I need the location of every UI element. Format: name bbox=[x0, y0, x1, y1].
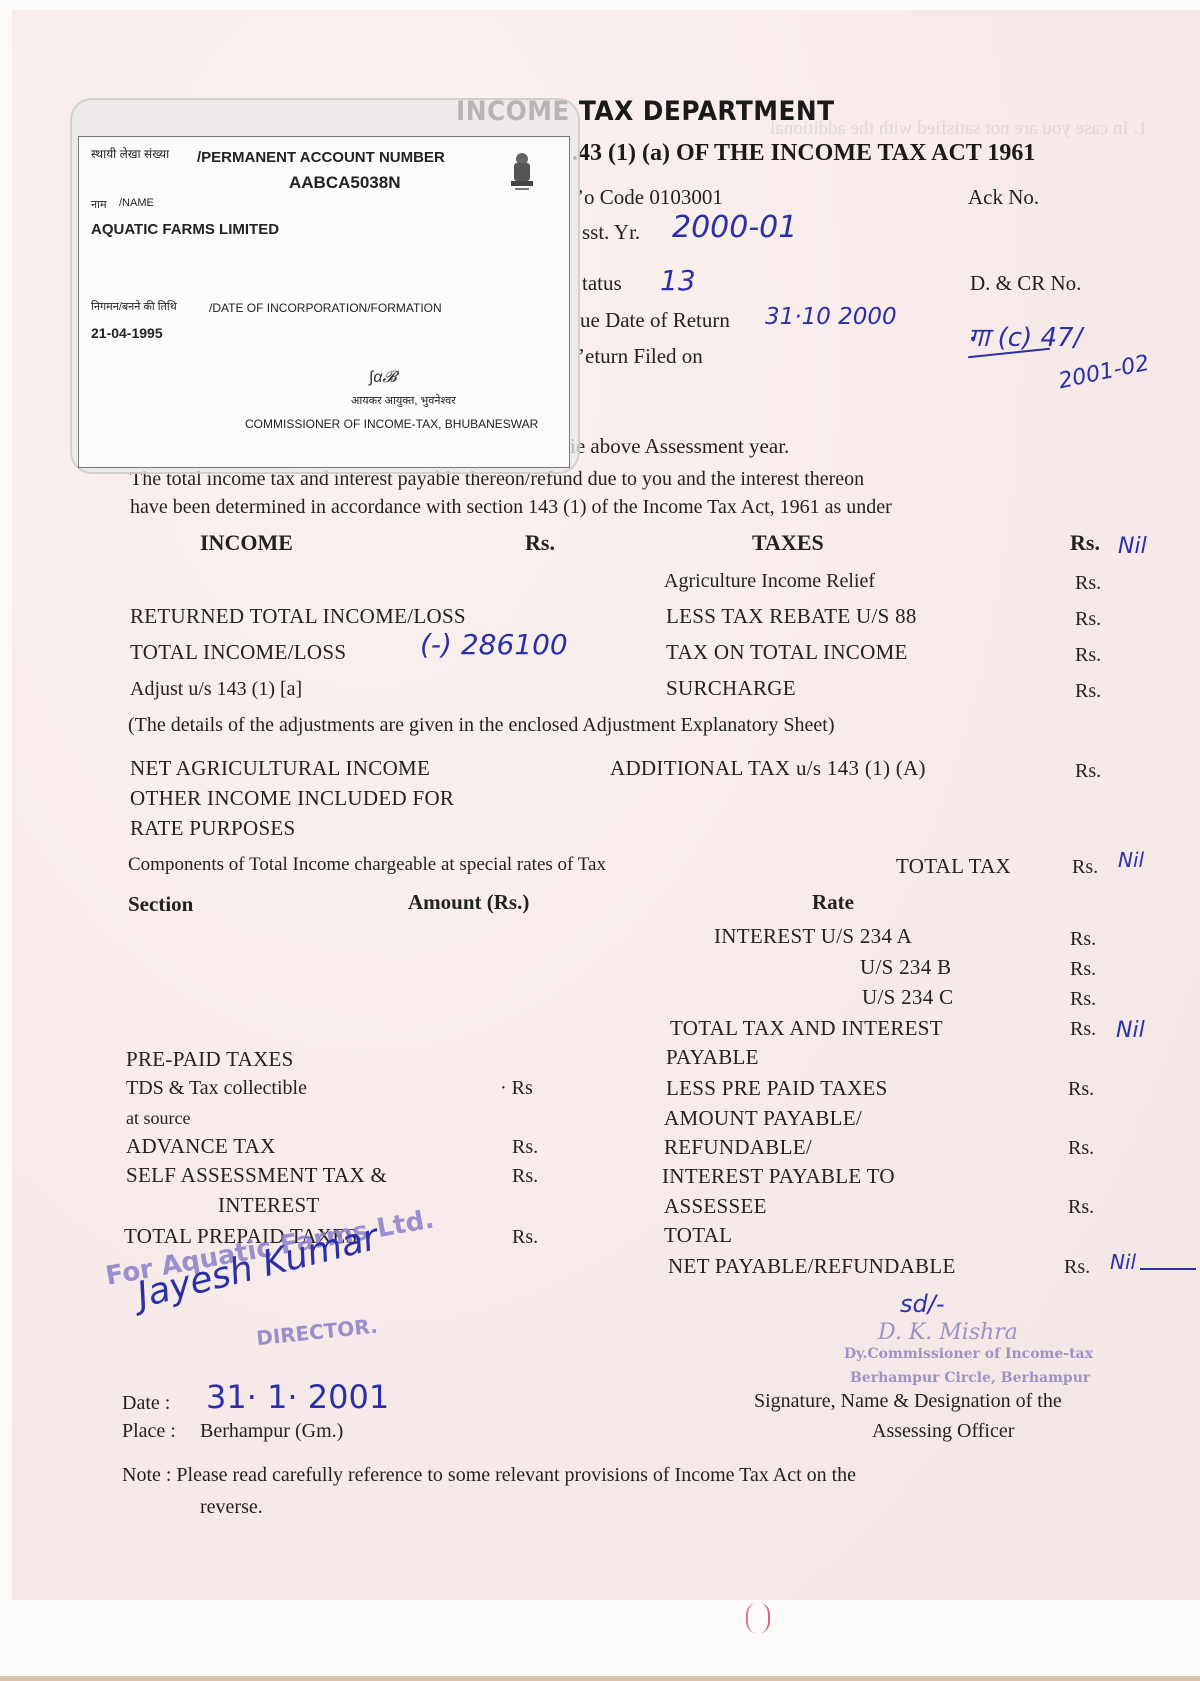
total-tax-interest-label-2: PAYABLE bbox=[666, 1045, 759, 1070]
act-subtitle: .43 (1) (a) OF THE INCOME TAX ACT 1961 bbox=[572, 140, 1035, 167]
ack-no-label: Ack No. bbox=[968, 185, 1039, 210]
amount-payable-rs: Rs. bbox=[1068, 1137, 1094, 1160]
scanner-bed-edge bbox=[0, 1676, 1200, 1681]
interest-payable-label-2: ASSESSEE bbox=[664, 1194, 767, 1219]
total-tax-interest-value: Nil bbox=[1116, 1018, 1145, 1043]
signature-caption-1: Signature, Name & Designation of the bbox=[754, 1390, 1062, 1413]
total-tax-value: Nil bbox=[1118, 848, 1144, 872]
assessment-year-text: ie above Assessment year. bbox=[570, 434, 789, 459]
amount-heading: Amount (Rs.) bbox=[408, 890, 529, 915]
red-pen-mark bbox=[746, 1603, 770, 1633]
less-prepaid-label: LESS PRE PAID TAXES bbox=[666, 1076, 888, 1101]
net-agri-income-label: NET AGRICULTURAL INCOME bbox=[130, 756, 430, 781]
total-tax-rs: Rs. bbox=[1072, 856, 1098, 879]
doi-value: 21-04-1995 bbox=[91, 325, 163, 341]
returned-total-income-label: RETURNED TOTAL INCOME/LOSS bbox=[130, 604, 466, 629]
taxes-rs-note: Nil bbox=[1118, 534, 1147, 559]
surcharge-label: SURCHARGE bbox=[666, 676, 796, 701]
assessment-year-label: sst. Yr. bbox=[582, 220, 640, 245]
commissioner-signature: ∫α𝓑 bbox=[369, 369, 397, 387]
advance-tax-rs: Rs. bbox=[512, 1136, 538, 1159]
rate-heading: Rate bbox=[812, 890, 854, 915]
doi-label: /DATE OF INCORPORATION/FORMATION bbox=[209, 301, 442, 315]
interest-payable-rs: Rs. bbox=[1068, 1196, 1094, 1219]
tax-on-income-rs: Rs. bbox=[1075, 644, 1101, 667]
total-tax-interest-label-1: TOTAL TAX AND INTEREST bbox=[670, 1016, 943, 1041]
interest-234c-rs: Rs. bbox=[1070, 988, 1096, 1011]
place-label: Place : bbox=[122, 1420, 176, 1443]
signature-caption-2: Assessing Officer bbox=[872, 1420, 1014, 1443]
net-payable-label: NET PAYABLE/REFUNDABLE bbox=[668, 1254, 956, 1279]
self-assessment-rs: Rs. bbox=[512, 1165, 538, 1188]
officer-name-stamp: D. K. Mishra bbox=[878, 1320, 1018, 1345]
issuer: COMMISSIONER OF INCOME-TAX, BHUBANESWAR bbox=[245, 417, 538, 431]
taxes-rs-heading: Rs. bbox=[1070, 530, 1100, 556]
components-text: Components of Total Income chargeable at… bbox=[128, 854, 606, 876]
interest-234c-label: U/S 234 C bbox=[862, 985, 953, 1010]
amount-payable-label-2: REFUNDABLE/ bbox=[664, 1135, 812, 1160]
taxes-heading: TAXES bbox=[752, 530, 824, 556]
national-emblem-icon bbox=[507, 151, 537, 195]
interest-234b-rs: Rs. bbox=[1070, 958, 1096, 981]
pan-hindi-label: स्थायी लेखा संख्या bbox=[91, 145, 169, 162]
tds-rs: · Rs bbox=[500, 1077, 533, 1100]
status-label: tatus bbox=[582, 271, 622, 296]
note-line-2: reverse. bbox=[200, 1496, 263, 1519]
officer-signature: sd/- bbox=[900, 1290, 944, 1318]
issuer-hindi: आयकर आयुक्त, भुवनेश्वर bbox=[351, 393, 456, 408]
name-value: AQUATIC FARMS LIMITED bbox=[91, 221, 279, 238]
self-assessment-label-2: INTEREST bbox=[218, 1193, 320, 1218]
income-heading: INCOME bbox=[200, 530, 293, 556]
agri-relief-rs: Rs. bbox=[1075, 572, 1101, 595]
adjust-label: Adjust u/s 143 (1) [a] bbox=[130, 678, 302, 701]
interest-234a-rs: Rs. bbox=[1070, 928, 1096, 951]
intro-line-2: have been determined in accordance with … bbox=[130, 496, 892, 519]
pan-card: स्थायी लेखा संख्या /PERMANENT ACCOUNT NU… bbox=[78, 136, 570, 468]
other-income-label-1: OTHER INCOME INCLUDED FOR bbox=[130, 786, 454, 811]
less-prepaid-rs: Rs. bbox=[1068, 1078, 1094, 1101]
note-line-1: Note : Please read carefully reference t… bbox=[122, 1464, 856, 1487]
return-filed-label: ’eturn Filed on bbox=[578, 344, 703, 369]
total-tax-label: TOTAL TAX bbox=[896, 854, 1011, 879]
prepaid-heading: PRE-PAID TAXES bbox=[126, 1047, 294, 1072]
adjustment-note: (The details of the adjustments are give… bbox=[128, 714, 834, 737]
pan-number: AABCA5038N bbox=[289, 173, 400, 193]
total-income-loss-value: (-) 286100 bbox=[420, 628, 568, 661]
tds-label-1: TDS & Tax collectible bbox=[126, 1077, 307, 1100]
total-prepaid-rs: Rs. bbox=[512, 1226, 538, 1249]
other-income-label-2: RATE PURPOSES bbox=[130, 816, 296, 841]
interest-234b-label: U/S 234 B bbox=[860, 955, 951, 980]
due-date-label: ue Date of Return bbox=[580, 308, 730, 333]
code-label: ’o Code 0103001 bbox=[577, 185, 723, 210]
agri-relief-label: Agriculture Income Relief bbox=[664, 570, 875, 593]
date-label: Date : bbox=[122, 1392, 170, 1415]
tax-rebate-rs: Rs. bbox=[1075, 608, 1101, 631]
tax-rebate-label: LESS TAX REBATE U/S 88 bbox=[666, 604, 917, 629]
name-label: /NAME bbox=[119, 197, 154, 209]
date-value: 31· 1· 2001 bbox=[206, 1378, 389, 1416]
interest-payable-label-1: INTEREST PAYABLE TO bbox=[662, 1164, 895, 1189]
income-rs-heading: Rs. bbox=[525, 530, 555, 556]
tds-label-2: at source bbox=[126, 1108, 190, 1129]
self-assessment-label-1: SELF ASSESSMENT TAX & bbox=[126, 1163, 387, 1188]
pan-label: /PERMANENT ACCOUNT NUMBER bbox=[197, 149, 445, 166]
additional-tax-rs: Rs. bbox=[1075, 760, 1101, 783]
officer-circle-stamp: Berhampur Circle, Berhampur bbox=[850, 1370, 1090, 1386]
assessment-year-value: 2000-01 bbox=[672, 210, 797, 245]
place-value: Berhampur (Gm.) bbox=[200, 1420, 343, 1443]
net-payable-rs: Rs. bbox=[1064, 1256, 1090, 1279]
dcr-value: गा (c) 47/ bbox=[968, 318, 1082, 354]
status-value: 13 bbox=[660, 264, 696, 297]
surcharge-rs: Rs. bbox=[1075, 680, 1101, 703]
interest-234a-label: INTEREST U/S 234 A bbox=[714, 924, 912, 949]
advance-tax-label: ADVANCE TAX bbox=[126, 1134, 276, 1159]
additional-tax-label: ADDITIONAL TAX u/s 143 (1) (A) bbox=[610, 756, 926, 781]
total-income-loss-label: TOTAL INCOME/LOSS bbox=[130, 640, 346, 665]
name-hindi-label: नाम bbox=[91, 197, 107, 212]
section-heading: Section bbox=[128, 892, 193, 917]
total-tax-interest-rs: Rs. bbox=[1070, 1018, 1096, 1041]
dcr-no-label: D. & CR No. bbox=[970, 271, 1081, 296]
net-payable-value: Nil bbox=[1110, 1250, 1136, 1274]
officer-title-stamp: Dy.Commissioner of Income-tax bbox=[844, 1346, 1093, 1362]
nil-underline bbox=[1140, 1268, 1196, 1270]
doi-hindi-label: निगमन/बनने की तिथि bbox=[91, 299, 177, 314]
due-date-value: 31·10 2000 bbox=[765, 304, 897, 330]
tax-on-income-label: TAX ON TOTAL INCOME bbox=[666, 640, 908, 665]
total-label: TOTAL bbox=[664, 1223, 732, 1248]
amount-payable-label-1: AMOUNT PAYABLE/ bbox=[664, 1106, 862, 1131]
